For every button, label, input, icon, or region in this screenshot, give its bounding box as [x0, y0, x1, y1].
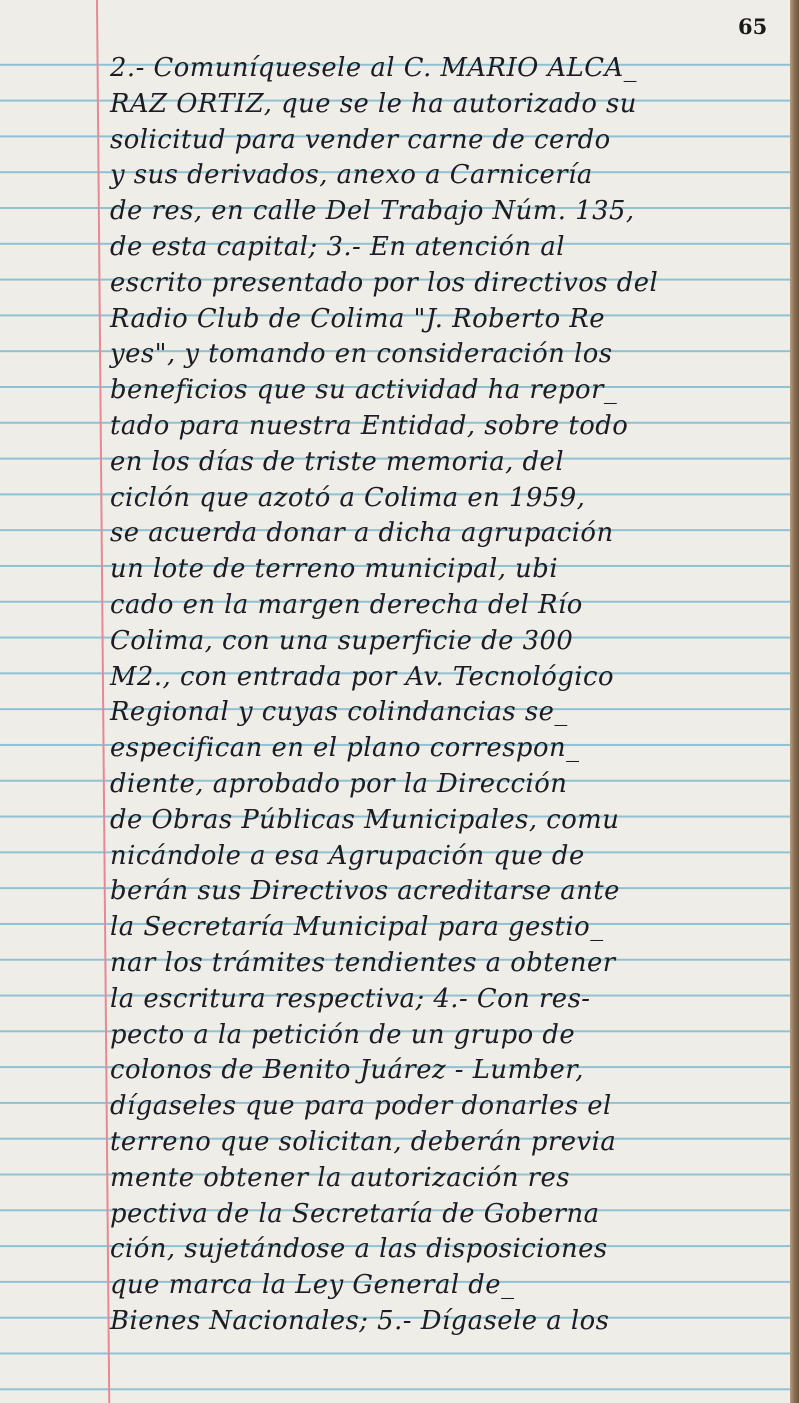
text-line: colonos de Benito Juárez - Lumber,: [110, 1053, 785, 1089]
text-line: tado para nuestra Entidad, sobre todo: [110, 409, 785, 445]
text-line: de res, en calle Del Trabajo Núm. 135,: [110, 194, 785, 230]
text-line: la Secretaría Municipal para gestio_: [110, 910, 785, 946]
text-line: la escritura respectiva; 4.- Con res-: [110, 982, 785, 1018]
text-line: RAZ ORTIZ, que se le ha autorizado su: [110, 87, 785, 123]
text-line: 2.- Comuníquesele al C. MARIO ALCA_: [110, 51, 785, 87]
text-line: nar los trámites tendientes a obtener: [110, 946, 785, 982]
red-margin-line: [96, 0, 110, 1403]
ledger-page: 65 2.- Comuníquesele al C. MARIO ALCA_ R…: [0, 0, 790, 1403]
text-line: ción, sujetándose a las disposiciones: [110, 1232, 785, 1268]
text-line: mente obtener la autorización res: [110, 1161, 785, 1197]
text-line: nicándole a esa Agrupación que de: [110, 839, 785, 875]
text-line: terreno que solicitan, deberán previa: [110, 1125, 785, 1161]
text-line: beneficios que su actividad ha repor_: [110, 373, 785, 409]
text-line: yes", y tomando en consideración los: [110, 337, 785, 373]
page-number: 65: [738, 14, 767, 39]
text-line: que marca la Ley General de_: [110, 1268, 785, 1304]
text-line: Regional y cuyas colindancias se_: [110, 695, 785, 731]
text-line: especifican en el plano correspon_: [110, 731, 785, 767]
text-line: dígaseles que para poder donarles el: [110, 1089, 785, 1125]
text-line: Radio Club de Colima "J. Roberto Re: [110, 302, 785, 338]
book-page-edge: [790, 0, 799, 1403]
text-line: ciclón que azotó a Colima en 1959,: [110, 481, 785, 517]
text-line: de esta capital; 3.- En atención al: [110, 230, 785, 266]
text-line: Bienes Nacionales; 5.- Dígasele a los: [110, 1304, 785, 1340]
text-line: en los días de triste memoria, del: [110, 445, 785, 481]
text-line: pecto a la petición de un grupo de: [110, 1018, 785, 1054]
handwritten-text-block: 2.- Comuníquesele al C. MARIO ALCA_ RAZ …: [110, 51, 790, 1340]
text-line: un lote de terreno municipal, ubi: [110, 552, 785, 588]
text-line: escrito presentado por los directivos de…: [110, 266, 785, 302]
text-line: cado en la margen derecha del Río: [110, 588, 785, 624]
text-line: y sus derivados, anexo a Carnicería: [110, 158, 785, 194]
text-line: solicitud para vender carne de cerdo: [110, 123, 785, 159]
text-line: pectiva de la Secretaría de Goberna: [110, 1197, 785, 1233]
text-line: diente, aprobado por la Dirección: [110, 767, 785, 803]
text-line: M2., con entrada por Av. Tecnológico: [110, 660, 785, 696]
text-line: Colima, con una superficie de 300: [110, 624, 785, 660]
text-line: de Obras Públicas Municipales, comu: [110, 803, 785, 839]
text-line: berán sus Directivos acreditarse ante: [110, 874, 785, 910]
text-line: se acuerda donar a dicha agrupación: [110, 516, 785, 552]
